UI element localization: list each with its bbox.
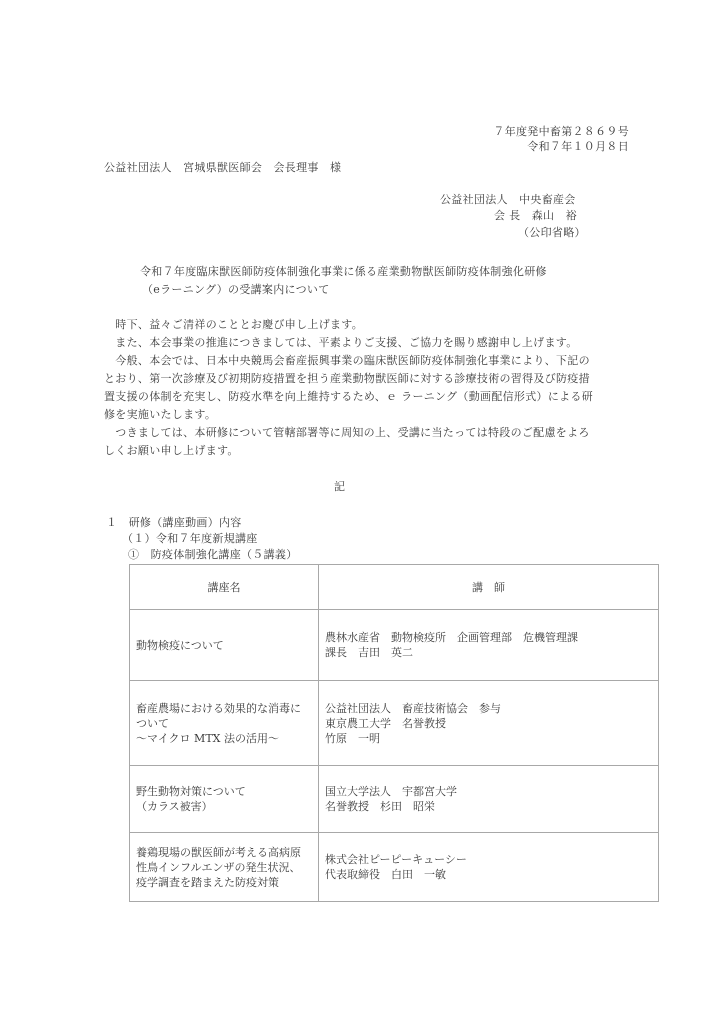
body-line: とおり、第一次診療及び初期防疫措置を担う産業動物獣医師に対する診療技術の習得及び… [104, 370, 664, 388]
body-line: しくお願い申し上げます。 [104, 442, 664, 460]
lecturer-cell: 農林水産省 動物検疫所 企画管理部 危機管理課 課長 吉田 英二 [319, 610, 659, 681]
column-header-course: 講座名 [130, 565, 319, 610]
section-1-1-1-heading: ① 防疫体制強化講座（５講義） [128, 548, 298, 562]
recipient: 公益社団法人 宮城県獣医師会 会長理事 様 [104, 161, 341, 175]
section-1-1-heading: （１）令和７年度新規講座 [122, 532, 258, 546]
body-line: また、本会事業の推進につきましては、平素よりご支援、ご協力を賜り感謝申し上げます… [104, 334, 664, 352]
course-cell: 野生動物対策について （カラス被害） [130, 766, 319, 833]
seal-note: （公印省略） [518, 226, 586, 240]
body-line: 時下、益々ご清祥のこととお慶び申し上げます。 [104, 316, 664, 334]
lecturer-cell: 国立大学法人 宇都宮大学 名誉教授 杉田 昭栄 [319, 766, 659, 833]
document-number: ７年度発中畜第２８６９号 [493, 125, 629, 139]
lecturer-cell: 株式会社ピーピーキューシー 代表取締役 白田 一敏 [319, 833, 659, 902]
sender-name: 会 長 森山 裕 [494, 209, 577, 223]
body-line: つきましては、本研修について管轄部署等に周知の上、受講に当たっては特段のご配慮を… [104, 424, 664, 442]
document-date: 令和７年１０月８日 [527, 140, 629, 154]
course-cell: 動物検疫について [130, 610, 319, 681]
course-cell: 畜産農場における効果的な消毒に ついて ～マイクロ MTX 法の活用～ [130, 681, 319, 766]
subject-line-2: （eラーニング）の受講案内について [142, 283, 330, 297]
ki-heading: 記 [334, 480, 345, 494]
section-1-heading: １ 研修（講座動画）内容 [106, 516, 242, 530]
body-line: 置支援の体制を充実し、防疫水準を向上維持するため、ｅ ラーニング（動画配信形式）… [104, 388, 664, 406]
table-header-row: 講座名 講 師 [130, 565, 659, 610]
letter-body: 時下、益々ご清祥のこととお慶び申し上げます。 また、本会事業の推進につきましては… [104, 316, 664, 460]
sender-organization: 公益社団法人 中央畜産会 [440, 193, 576, 207]
table-row: 畜産農場における効果的な消毒に ついて ～マイクロ MTX 法の活用～ 公益社団… [130, 681, 659, 766]
lecturer-cell: 公益社団法人 畜産技術協会 参与 東京農工大学 名誉教授 竹原 一明 [319, 681, 659, 766]
table-row: 野生動物対策について （カラス被害） 国立大学法人 宇都宮大学 名誉教授 杉田 … [130, 766, 659, 833]
body-line: 今般、本会では、日本中央競馬会畜産振興事業の臨床獣医師防疫体制強化事業により、下… [104, 352, 664, 370]
lecture-table: 講座名 講 師 動物検疫について 農林水産省 動物検疫所 企画管理部 危機管理課… [129, 564, 659, 902]
table-row: 養鶏現場の獣医師が考える高病原 性鳥インフルエンザの発生状況、 疫学調査を踏まえ… [130, 833, 659, 902]
body-line: 修を実施いたします。 [104, 406, 664, 424]
table-row: 動物検疫について 農林水産省 動物検疫所 企画管理部 危機管理課 課長 吉田 英… [130, 610, 659, 681]
course-cell: 養鶏現場の獣医師が考える高病原 性鳥インフルエンザの発生状況、 疫学調査を踏まえ… [130, 833, 319, 902]
column-header-lecturer: 講 師 [319, 565, 659, 610]
subject-line-1: 令和７年度臨床獣医師防疫体制強化事業に係る産業動物獣医師防疫体制強化研修 [140, 265, 547, 279]
